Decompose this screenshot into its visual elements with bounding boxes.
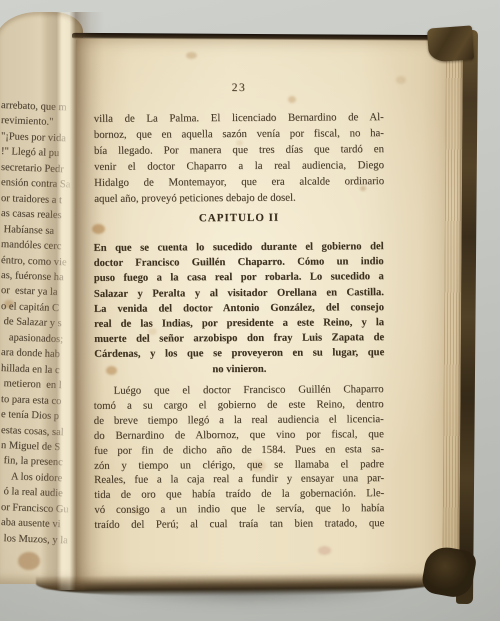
summary-text-line: real de las Indias, por presidente a est… bbox=[94, 315, 384, 332]
foxing-spot bbox=[396, 76, 406, 84]
summary-text-line: muerte del señor arzobispo don fray Luis… bbox=[94, 330, 384, 347]
body-text-line: aquel año, proveyó peticiones debajo de … bbox=[94, 189, 384, 207]
body-text-line: fue por fin de dicho año de 1584. Pues e… bbox=[94, 442, 384, 459]
page-number: 23 bbox=[94, 81, 384, 95]
summary-text-line: La venida del doctor Antonio González, d… bbox=[94, 300, 384, 317]
summary-text-line: puso fuego a la casa real por robarla. L… bbox=[94, 270, 384, 287]
marbled-cover-top-corner bbox=[427, 25, 474, 62]
body-text-line: villa de La Palma. El licenciado Bernard… bbox=[94, 109, 384, 127]
body-text-line: tomó a su cargo el gobierno de este Rein… bbox=[94, 397, 384, 414]
body-text-line: de breve tiempo llegó a la real audienci… bbox=[94, 412, 384, 429]
book-photo: arrebato, que mrevimiento." "¡Pues por v… bbox=[0, 0, 500, 621]
foxing-spot bbox=[186, 52, 197, 59]
body-text-line: bornoz, que en aquella sazón venía por f… bbox=[94, 125, 384, 143]
body-text-line: traído del Perú; al cual traía tan bien … bbox=[94, 516, 384, 533]
chapter-body-paragraph: Luégo que el doctor Francisco Guillén Ch… bbox=[94, 382, 385, 533]
body-text-line: Luégo que el doctor Francisco Guillén Ch… bbox=[94, 382, 384, 399]
summary-text-line: doctor Francisco Guillén Chaparro. Cómo … bbox=[94, 254, 384, 271]
body-text-line: do Bernardino de Albornoz, que vino por … bbox=[94, 427, 384, 444]
summary-text-line: En que se cuenta lo sucedido durante el … bbox=[94, 239, 384, 256]
body-text-line: Hidalgo de Montemayor, que era alcalde o… bbox=[94, 173, 384, 191]
continued-paragraph: villa de La Palma. El licenciado Bernard… bbox=[94, 109, 385, 207]
chapter-heading: CAPITULO II bbox=[94, 211, 384, 225]
body-text-line: venir el doctor Chaparro a la real audie… bbox=[94, 157, 384, 175]
gutter-fold-shadow bbox=[40, 12, 104, 590]
chapter-summary-lines: En que se cuenta lo sucedido durante el … bbox=[94, 239, 385, 362]
foxing-spot bbox=[318, 546, 331, 555]
right-book-page: 23 villa de La Palma. El licenciado Bern… bbox=[76, 38, 448, 586]
foxing-spot bbox=[18, 552, 40, 570]
chapter-summary-last-line: no vinieron. bbox=[94, 361, 384, 378]
foxing-spot bbox=[288, 96, 296, 103]
body-text-line: bía llegado. Por manera que tres días qu… bbox=[94, 141, 384, 159]
chapter-summary: En que se cuenta lo sucedido durante el … bbox=[94, 239, 385, 378]
summary-text-line: Salazar y Peralta y al visitador Orellan… bbox=[94, 285, 384, 302]
summary-text-line: Cárdenas, y los que se proveyeron en su … bbox=[94, 346, 384, 363]
